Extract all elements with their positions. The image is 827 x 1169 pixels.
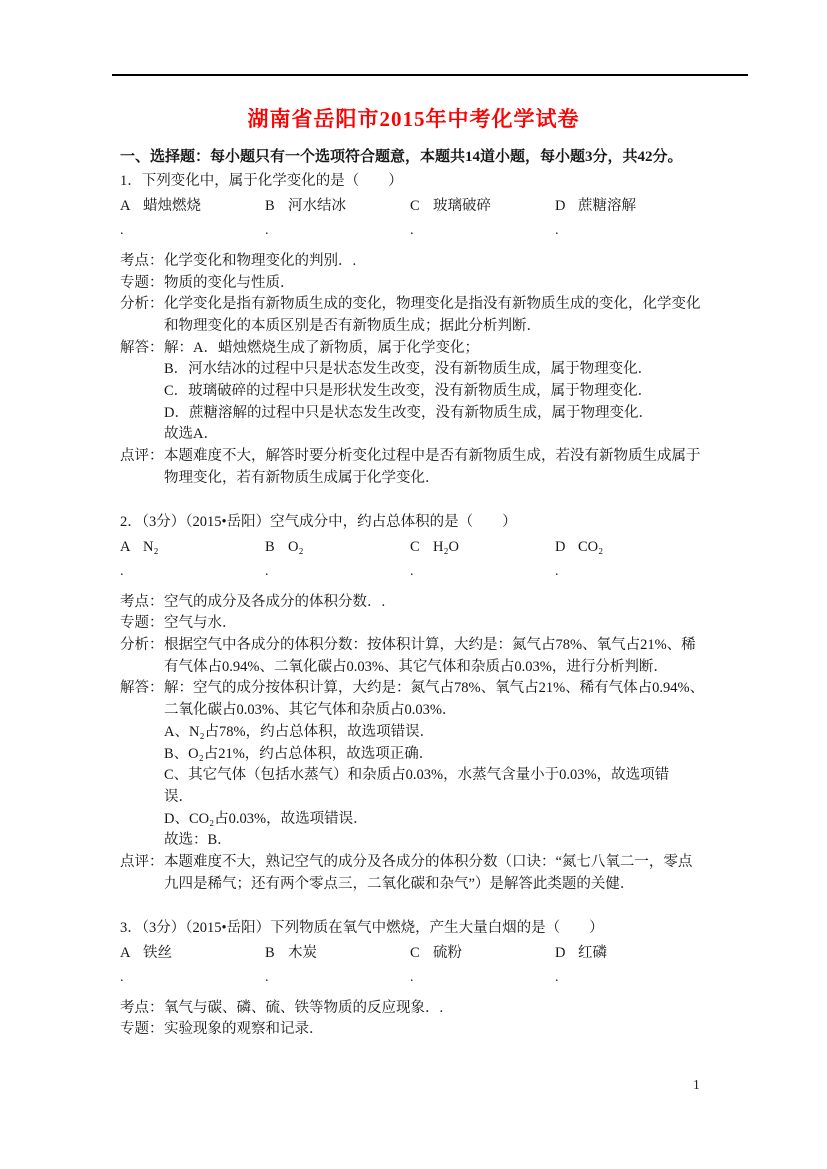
block-line: 根据空气中各成分的体积分数：按体积计算，大约是：氮气占78%、氧气占21%、稀 [164, 635, 752, 657]
block-line: 九四是稀气；还有两个零点三，二氧化碳和杂气”）是解答此类题的关健． [164, 874, 752, 896]
option-dot: . [120, 561, 265, 583]
block-line: B．河水结冰的过程中只是状态发生改变，没有新物质生成，属于物理变化． [164, 359, 752, 381]
option-b: B河水结冰 [265, 196, 410, 218]
option-d: D红磷 [555, 943, 700, 965]
option-label: A [120, 943, 143, 965]
option-a: A铁丝 [120, 943, 265, 965]
block-tag: 考点： [120, 251, 164, 273]
block-line: B、O₂占21%，约占总体积，故选项正确． [164, 744, 752, 766]
option-text: 河水结冰 [288, 198, 346, 214]
block-tag: 专题： [120, 1019, 164, 1041]
analysis-zhuanti: 专题： 空气与水． [120, 613, 752, 635]
block-tag: 考点： [120, 998, 164, 1020]
analysis-dianping: 点评： 本题难度不大，熟记空气的成分及各成分的体积分数（口诀：“氮七八氧二一，零… [120, 852, 752, 895]
block-line: 物理变化，若有新物质生成属于化学变化． [164, 468, 752, 490]
option-text: 蜡烛燃烧 [143, 198, 201, 214]
block-line: 故选A． [164, 424, 752, 446]
block-line: 解：空气的成分按体积计算，大约是：氮气占78%、氧气占21%、稀有气体占0.94… [164, 678, 752, 700]
analysis-zhuanti: 专题： 物质的变化与性质． [120, 273, 752, 295]
option-text: 铁丝 [143, 945, 172, 961]
option-dot: . [120, 220, 265, 242]
option-text: 硫粉 [433, 945, 462, 961]
option-c: C硫粉 [410, 943, 555, 965]
analysis-kaodian: 考点： 空气的成分及各成分的体积分数．. [120, 592, 752, 614]
option-a: AN₂ [120, 537, 265, 559]
section-header: 一、选择题：每小题只有一个选项符合题意，本题共14道小题，每小题3分，共42分。 [120, 147, 752, 169]
analysis-fenxi: 分析： 根据空气中各成分的体积分数：按体积计算，大约是：氮气占78%、氧气占21… [120, 635, 752, 678]
question-3: 3．（3分）（2015•岳阳）下列物质在氧气中燃烧，产生大量白烟的是（ ） A铁… [120, 918, 752, 1042]
question-1: 1．下列变化中，属于化学变化的是（ ） A蜡烛燃烧B河水结冰C玻璃破碎D蔗糖溶解… [120, 171, 752, 490]
option-c: CH₂O [410, 537, 555, 559]
block-line: 化学变化是指有新物质生成的变化，物理变化是指没有新物质生成的变化，化学变化 [164, 294, 752, 316]
option-c: C玻璃破碎 [410, 196, 555, 218]
analysis-kaodian: 考点： 氧气与碳、磷、硫、铁等物质的反应现象．. [120, 998, 752, 1020]
option-text: 蔗糖溶解 [578, 198, 636, 214]
option-label: C [410, 943, 433, 965]
block-line: D．蔗糖溶解的过程中只是状态发生改变，没有新物质生成，属于物理变化． [164, 403, 752, 425]
options-dots-row: .... [120, 220, 752, 242]
option-dot: . [410, 561, 555, 583]
option-label: A [120, 196, 143, 218]
page-number: 1 [693, 1077, 700, 1093]
options-dots-row: .... [120, 561, 752, 583]
block-tag: 点评： [120, 852, 164, 874]
option-label: C [410, 196, 433, 218]
option-dot: . [120, 967, 265, 989]
block-line: 空气的成分及各成分的体积分数．. [164, 592, 752, 614]
analysis-fenxi: 分析： 化学变化是指有新物质生成的变化，物理变化是指没有新物质生成的变化，化学变… [120, 294, 752, 337]
block-line: 氧气与碳、磷、硫、铁等物质的反应现象．. [164, 998, 752, 1020]
exam-paper-page: 湖南省岳阳市2015年中考化学试卷 一、选择题：每小题只有一个选项符合题意，本题… [0, 0, 827, 1169]
block-line: 解：A．蜡烛燃烧生成了新物质，属于化学变化； [164, 338, 752, 360]
option-label: B [265, 943, 288, 965]
block-line: 故选：B． [164, 830, 752, 852]
block-tag: 考点： [120, 592, 164, 614]
block-tag: 分析： [120, 294, 164, 316]
option-dot: . [410, 220, 555, 242]
analysis-dianping: 点评： 本题难度不大，解答时要分析变化过程中是否有新物质生成，若没有新物质生成属… [120, 446, 752, 489]
analysis-jieda: 解答： 解：A．蜡烛燃烧生成了新物质，属于化学变化； B．河水结冰的过程中只是状… [120, 338, 752, 447]
option-label: D [555, 196, 578, 218]
block-line: 误． [164, 787, 752, 809]
block-line: 二氧化碳占0.03%、其它气体和杂质占0.03%． [164, 700, 752, 722]
option-text: H₂O [433, 539, 459, 555]
header-rule [112, 74, 748, 76]
option-text: 红磷 [578, 945, 607, 961]
option-label: D [555, 537, 578, 559]
question-stem: 1．下列变化中，属于化学变化的是（ ） [120, 171, 752, 193]
option-dot: . [555, 967, 700, 989]
analysis-kaodian: 考点： 化学变化和物理变化的判别．. [120, 251, 752, 273]
options-dots-row: .... [120, 967, 752, 989]
options-row: A铁丝B木炭C硫粉D红磷 [120, 943, 752, 965]
document-body: 一、选择题：每小题只有一个选项符合题意，本题共14道小题，每小题3分，共42分。… [120, 147, 752, 1041]
block-line: 空气与水． [164, 613, 752, 635]
block-tag: 专题： [120, 273, 164, 295]
block-line: C、其它气体（包括水蒸气）和杂质占0.03%，水蒸气含量小于0.03%，故选项错 [164, 765, 752, 787]
block-tag: 专题： [120, 613, 164, 635]
analysis-zhuanti: 专题： 实验现象的观察和记录． [120, 1019, 752, 1041]
block-line: 本题难度不大，熟记空气的成分及各成分的体积分数（口诀：“氮七八氧二一，零点 [164, 852, 752, 874]
page-title: 湖南省岳阳市2015年中考化学试卷 [0, 103, 827, 133]
option-dot: . [555, 220, 700, 242]
question-stem: 3．（3分）（2015•岳阳）下列物质在氧气中燃烧，产生大量白烟的是（ ） [120, 918, 752, 940]
option-text: O₂ [288, 539, 304, 555]
block-line: 和物理变化的本质区别是否有新物质生成；据此分析判断． [164, 316, 752, 338]
option-dot: . [265, 967, 410, 989]
block-tag: 解答： [120, 338, 164, 360]
options-row: A蜡烛燃烧B河水结冰C玻璃破碎D蔗糖溶解 [120, 196, 752, 218]
option-label: B [265, 537, 288, 559]
option-text: 玻璃破碎 [433, 198, 491, 214]
option-a: A蜡烛燃烧 [120, 196, 265, 218]
block-line: 化学变化和物理变化的判别．. [164, 251, 752, 273]
block-line: 本题难度不大，解答时要分析变化过程中是否有新物质生成，若没有新物质生成属于 [164, 446, 752, 468]
option-dot: . [410, 967, 555, 989]
option-text: CO₂ [578, 539, 603, 555]
question-stem: 2．（3分）（2015•岳阳）空气成分中，约占总体积的是（ ） [120, 512, 752, 534]
option-label: A [120, 537, 143, 559]
options-row: AN₂BO₂CH₂ODCO₂ [120, 537, 752, 559]
block-tag: 解答： [120, 678, 164, 700]
option-d: DCO₂ [555, 537, 700, 559]
option-text: N₂ [143, 539, 159, 555]
block-line: 实验现象的观察和记录． [164, 1019, 752, 1041]
option-b: BO₂ [265, 537, 410, 559]
block-line: 有气体占0.94%、二氧化碳占0.03%、其它气体和杂质占0.03%，进行分析判… [164, 657, 752, 679]
block-tag: 分析： [120, 635, 164, 657]
option-label: C [410, 537, 433, 559]
block-line: D、CO₂占0.03%，故选项错误． [164, 809, 752, 831]
question-2: 2．（3分）（2015•岳阳）空气成分中，约占总体积的是（ ） AN₂BO₂CH… [120, 512, 752, 896]
option-dot: . [265, 220, 410, 242]
option-label: D [555, 943, 578, 965]
block-line: A、N₂占78%，约占总体积，故选项错误． [164, 722, 752, 744]
option-d: D蔗糖溶解 [555, 196, 700, 218]
option-text: 木炭 [288, 945, 317, 961]
analysis-jieda: 解答： 解：空气的成分按体积计算，大约是：氮气占78%、氧气占21%、稀有气体占… [120, 678, 752, 852]
block-line: 物质的变化与性质． [164, 273, 752, 295]
block-line: C．玻璃破碎的过程中只是形状发生改变，没有新物质生成，属于物理变化． [164, 381, 752, 403]
block-tag: 点评： [120, 446, 164, 468]
option-b: B木炭 [265, 943, 410, 965]
option-dot: . [265, 561, 410, 583]
option-dot: . [555, 561, 700, 583]
option-label: B [265, 196, 288, 218]
